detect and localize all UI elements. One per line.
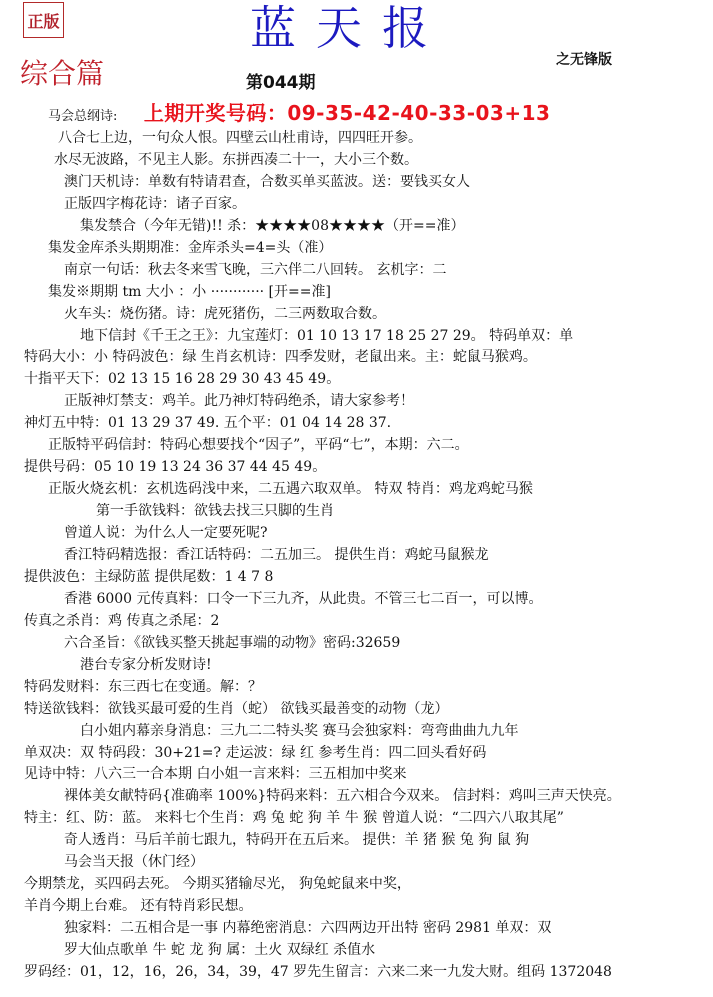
text-line: 澳门天机诗：单数有特请君查，合数买单买蓝波。送：要钱买女人 (64, 173, 470, 191)
text-line: 六合圣旨：《欲钱买整天挑起事端的动物》密码:32659 (64, 634, 400, 652)
text-line: 曾道人说：为什么人一定要死呢? (64, 524, 268, 542)
text-line: 十指平天下：02 13 15 16 28 29 30 43 45 49。 (24, 370, 340, 388)
issue-number: 第044期 (246, 68, 316, 93)
edition-label: 之无锋版 (556, 49, 612, 69)
text-line: 南京一句话：秋去冬来雪飞晚，三六伴二八回转。 玄机字：二 (64, 261, 446, 279)
text-line: 白小姐内幕亲身消息：三九二二特头奖 赛马会独家料：弯弯曲曲九九年 (80, 722, 518, 740)
text-line: 正版火烧玄机：玄机选码浅中来，二五遇六取双单。 特双 特肖：鸡龙鸡蛇马猴 (48, 480, 533, 498)
text-line: 正版四字梅花诗：诸子百家。 (64, 195, 246, 213)
text-line: 羊肖今期上台难。 还有特肖彩民想。 (24, 897, 252, 915)
previous-draw-result: 上期开奖号码：09-35-42-40-33-03+13 (144, 101, 551, 125)
text-line: 今期禁龙，买四码去死。 今期买猪输尽光， 狗兔蛇鼠来中奖， (24, 875, 411, 893)
text-line: 火车头：烧伤猪。诗：虎死猪伤，二三两数取合数。 (64, 305, 386, 323)
text-line: 正版特平码信封：特码心想要找个“因子”，平码“七”，本期：六二。 (48, 436, 469, 454)
page-title: 蓝天报 (250, 2, 448, 54)
text-line: 奇人透肖：马后羊前七跟九，特码开在五后来。 提供：羊 猪 猴 兔 狗 鼠 狗 (64, 831, 529, 849)
text-line: 地下信封《千王之王》：九宝莲灯：01 10 13 17 18 25 27 29。… (80, 327, 573, 345)
text-line: 提供波色：主绿防蓝 提供尾数：1 4 7 8 (24, 568, 273, 586)
authentic-edition-badge: 正版 (23, 2, 64, 38)
text-line: 见诗中特：八六三一合本期 白小姐一言来料：三五相加中奖来 (24, 765, 406, 783)
text-line: 传真之杀肖：鸡 传真之杀尾：2 (24, 612, 219, 630)
previous-draw-label: 马会总纲诗: (48, 109, 117, 124)
text-line: 香江特码精选报：香江话特码：二五加三。 提供生肖：鸡蛇马鼠猴龙 (64, 546, 488, 564)
text-line: 独家料：二五相合是一事 内幕绝密消息：六四两边开出特 密码 2981 单双：双 (64, 919, 551, 937)
text-line: 港台专家分析发财诗! (80, 656, 212, 674)
section-title: 综合篇 (20, 58, 104, 90)
text-line: 集发金库杀头期期准：金库杀头=4=头（准） (48, 239, 332, 257)
text-line: 裸体美女献特码{准确率 100%}特码来料：五六相合今双来。 信封料：鸡叫三声天… (64, 787, 621, 805)
text-line: 正版神灯禁支：鸡羊。此乃神灯特码绝杀，请大家参考！ (64, 392, 414, 410)
text-line: 提供号码：05 10 19 13 24 36 37 44 45 49。 (24, 458, 326, 476)
previous-draw-row: 马会总纲诗: 上期开奖号码：09-35-42-40-33-03+13 (48, 104, 550, 126)
text-line: 特送欲钱料：欲钱买最可爱的生肖（蛇） 欲钱买最善变的动物（龙） (24, 700, 448, 718)
text-line: 八合七上边，一句众人恨。四壁云山杜甫诗，四四旺开参。 (58, 129, 422, 147)
text-line: 特主：红、防：蓝。 来料七个生肖：鸡 兔 蛇 狗 羊 牛 猴 曾道人说：“二四六… (24, 809, 564, 827)
text-line: 单双决：双 特码段：30+21=? 走运波：绿 红 参考生肖：四二回头看好码 (24, 744, 486, 762)
text-line: 水尽无波路，不见主人影。东拼西凑二十一，大小三个数。 (54, 151, 418, 169)
text-line: 特码发财料：东三西七在变通。解：？ (24, 678, 262, 696)
text-line: 第一手欲钱料：欲钱去找三只脚的生肖 (96, 502, 334, 520)
text-line: 特码大小：小 特码波色：绿 生肖玄机诗：四季发财，老鼠出来。主：蛇鼠马猴鸡。 (24, 348, 537, 366)
text-line: 神灯五中特：01 13 29 37 49. 五个平：01 04 14 28 37… (24, 414, 391, 432)
text-line: 罗码经：01，12，16，26，34，39，47 罗先生留言：六来二来一九发大财… (24, 963, 612, 981)
text-line: 罗大仙点歌单 牛 蛇 龙 狗 属：土火 双绿红 杀值水 (64, 941, 375, 959)
text-line: 马会当天报（休门经） (64, 853, 204, 871)
text-line: 香港 6000 元传真料：口令一下三九齐，从此贵。不管三七二百一，可以博。 (64, 590, 543, 608)
text-line: 集发禁合（今年无错)!! 杀：★★★★08★★★★（开==准） (80, 217, 464, 235)
text-line: 集发※期期 tm 大小 ：小 ············ [开==准] (48, 283, 331, 301)
